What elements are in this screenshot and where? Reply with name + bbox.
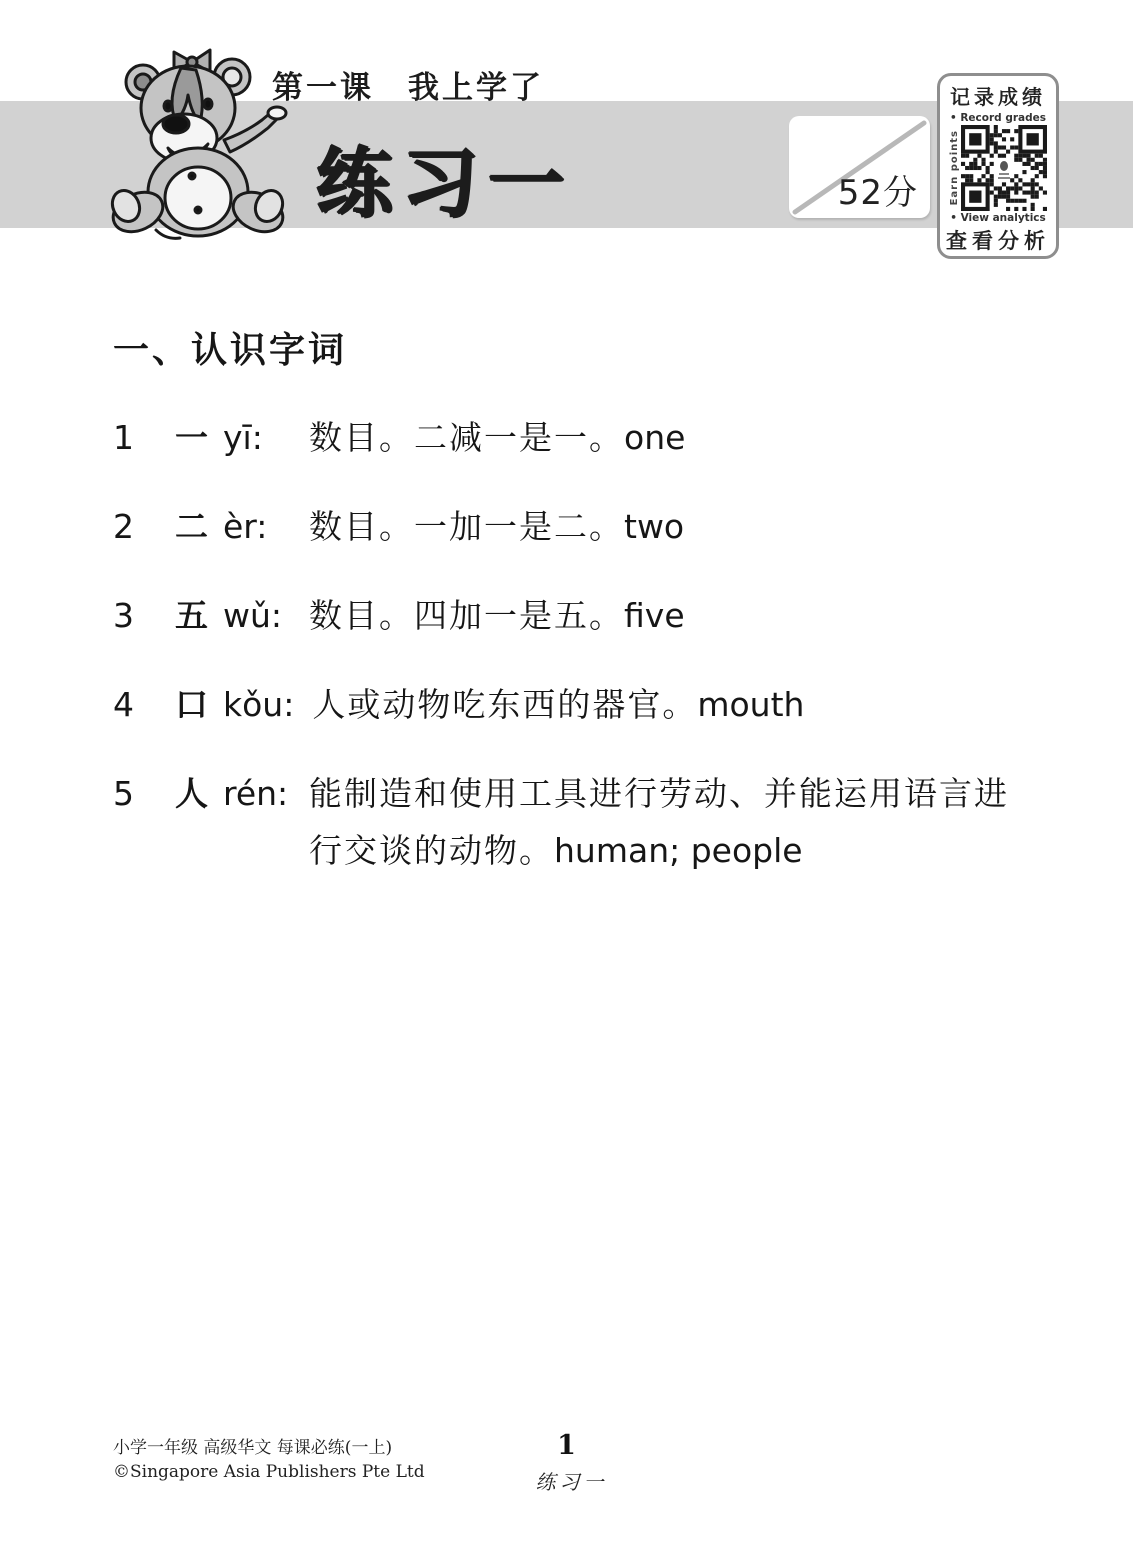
page-number: 1	[0, 1430, 1133, 1461]
score-value: 52分	[838, 165, 918, 214]
exercise-title: 练习一	[316, 122, 574, 231]
vocab-character: 一	[175, 409, 223, 466]
vocab-row-5: 5 人 rén: 能制造和使用工具进行劳动、并能运用语言进行交谈的动物。huma…	[113, 765, 1028, 879]
vocab-definition: 数目。二减一是一。one	[309, 409, 1028, 466]
vocab-pinyin: wǔ:	[223, 587, 309, 644]
vocab-row-3: 3 五 wǔ: 数目。四加一是五。five	[113, 587, 1028, 644]
definition-chinese: 数目。一加一是二。	[309, 507, 624, 546]
vocab-character: 口	[175, 676, 223, 733]
qr-panel: 记录成绩 • Record grades Earn points • View …	[937, 73, 1059, 259]
lesson-title: 第一课 我上学了	[272, 62, 544, 107]
vocab-character: 五	[175, 587, 223, 644]
definition-chinese: 人或动物吃东西的器官。	[312, 685, 697, 724]
main-content: 一、认识字词 1 一 yī: 数目。二减一是一。one 2 二 èr: 数目。一…	[113, 322, 1028, 911]
vocab-definition: 数目。一加一是二。two	[309, 498, 1028, 555]
vocab-pinyin: rén:	[223, 765, 309, 822]
vocab-pinyin: yī:	[223, 409, 309, 466]
vocab-row-2: 2 二 èr: 数目。一加一是二。two	[113, 498, 1028, 555]
item-number: 2	[113, 498, 175, 555]
qr-label-view-analytics-cn: 查看分析	[946, 225, 1050, 255]
item-number: 4	[113, 676, 175, 733]
qr-code	[961, 125, 1047, 211]
vocab-character: 人	[175, 765, 223, 822]
definition-english: human; people	[554, 831, 803, 870]
definition-chinese: 数目。四加一是五。	[309, 596, 624, 635]
vocab-definition: 数目。四加一是五。five	[309, 587, 1028, 644]
vocab-definition: 人或动物吃东西的器官。mouth	[312, 676, 1028, 733]
section-heading: 一、认识字词	[113, 322, 1028, 373]
workbook-page: 第一课 我上学了	[0, 0, 1133, 1549]
item-number: 1	[113, 409, 175, 466]
definition-chinese: 数目。二减一是一。	[309, 418, 624, 457]
qr-label-earn-points: Earn points	[949, 130, 960, 205]
definition-english: two	[624, 507, 684, 546]
vocab-definition: 能制造和使用工具进行劳动、并能运用语言进行交谈的动物。human; people	[309, 765, 1028, 879]
qr-label-record-grades-en: • Record grades	[950, 112, 1046, 124]
definition-english: one	[624, 418, 685, 457]
vocab-pinyin: èr:	[223, 498, 309, 555]
vocab-character: 二	[175, 498, 223, 555]
score-box: 52分	[789, 116, 930, 218]
item-number: 5	[113, 765, 175, 822]
vocab-row-4: 4 口 kǒu: 人或动物吃东西的器官。mouth	[113, 676, 1028, 733]
vocab-pinyin: kǒu:	[223, 676, 312, 733]
definition-english: mouth	[697, 685, 804, 724]
page-exercise-label: 练习一	[0, 1466, 1133, 1495]
definition-english: five	[624, 596, 685, 635]
qr-label-view-analytics-en: • View analytics	[950, 212, 1046, 224]
bear-mascot-illustration	[96, 40, 296, 245]
vocab-row-1: 1 一 yī: 数目。二减一是一。one	[113, 409, 1028, 466]
item-number: 3	[113, 587, 175, 644]
qr-label-record-grades-cn: 记录成绩	[950, 81, 1046, 110]
